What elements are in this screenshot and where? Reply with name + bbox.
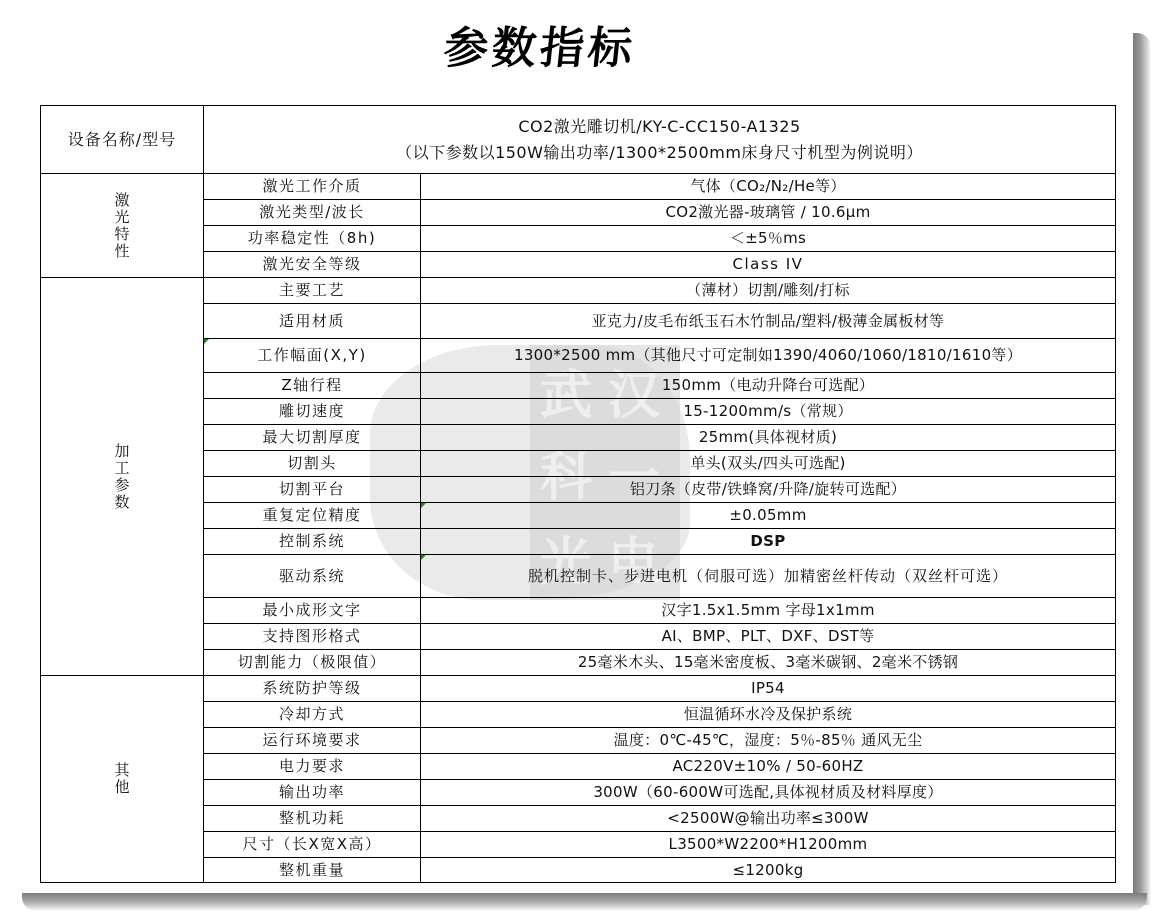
row-value: 恒温循环水冷及保护系统	[421, 702, 1116, 728]
row-value: DSP	[421, 529, 1116, 555]
row-label: 系统防护等级	[204, 676, 421, 702]
category-char: 光	[41, 209, 203, 226]
row-value: 15-1200mm/s（常规）	[421, 399, 1116, 425]
category-char: 加	[41, 443, 203, 460]
row-value: 25毫米木头、15毫米密度板、3毫米碳钢、2毫米不锈钢	[421, 650, 1116, 676]
row-label: 电力要求	[204, 754, 421, 780]
row-label: 激光类型/波长	[204, 200, 421, 226]
row-label: 整机重量	[204, 858, 421, 883]
model-note: （以下参数以150W输出功率/1300*2500mm床身尺寸机型为例说明）	[204, 140, 1115, 166]
row-value: 温度：0℃-45℃，湿度：5％-85％ 通风无尘	[421, 728, 1116, 754]
row-label: 切割头	[204, 451, 421, 477]
header-row: 设备名称/型号 CO2激光雕切机/KY-C-CC150-A1325 （以下参数以…	[41, 106, 1116, 174]
row-value: 25mm(具体视材质)	[421, 425, 1116, 451]
category-char: 他	[41, 779, 203, 796]
row-label: 切割能力（极限值）	[204, 650, 421, 676]
row-value: 亚克力/皮毛布纸玉石木竹制品/塑料/极薄金属板材等	[421, 304, 1116, 339]
row-value: ≤1200kg	[421, 858, 1116, 883]
row-label: 激光安全等级	[204, 252, 421, 278]
row-label: 激光工作介质	[204, 174, 421, 200]
row-label: 功率稳定性（8h)	[204, 226, 421, 252]
row-label: 适用材质	[204, 304, 421, 339]
row-value: ＜±5％ms	[421, 226, 1116, 252]
row-value: AI、BMP、PLT、DXF、DST等	[421, 624, 1116, 650]
row-value: IP54	[421, 676, 1116, 702]
row-value: ±0.05mm	[421, 503, 1116, 529]
page-shadow-right	[1133, 33, 1151, 905]
row-label: 重复定位精度	[204, 503, 421, 529]
model-label: 设备名称/型号	[41, 106, 204, 174]
row-label: 支持图形格式	[204, 624, 421, 650]
row-value: （薄材）切割/雕刻/打标	[421, 278, 1116, 304]
model-value: CO2激光雕切机/KY-C-CC150-A1325 （以下参数以150W输出功率…	[204, 106, 1116, 174]
table-row: 加 工 参 数 主要工艺 （薄材）切割/雕刻/打标	[41, 278, 1116, 304]
row-value: 150mm（电动升降台可选配）	[421, 373, 1116, 399]
row-label: 主要工艺	[204, 278, 421, 304]
category-char: 参	[41, 477, 203, 494]
category-char: 性	[41, 243, 203, 260]
row-label: 运行环境要求	[204, 728, 421, 754]
category-char: 特	[41, 226, 203, 243]
page-title: 参数指标	[416, 14, 663, 84]
model-name: CO2激光雕切机/KY-C-CC150-A1325	[204, 114, 1115, 140]
category-other: 其 他	[41, 676, 204, 883]
row-value: 单头(双头/四头可选配)	[421, 451, 1116, 477]
row-label: 雕切速度	[204, 399, 421, 425]
category-processing-parameters: 加 工 参 数	[41, 278, 204, 676]
category-char: 激	[41, 192, 203, 209]
category-char: 数	[41, 494, 203, 511]
row-value: <2500W@输出功率≤300W	[421, 806, 1116, 832]
category-char: 工	[41, 460, 203, 477]
row-value: 脱机控制卡、步进电机（伺服可选）加精密丝杆传动（双丝杆可选）	[421, 555, 1116, 598]
category-char: 其	[41, 762, 203, 779]
row-label: 输出功率	[204, 780, 421, 806]
row-value: 铝刀条（皮带/铁蜂窝/升降/旋转可选配）	[421, 477, 1116, 503]
document-page: 参数指标 武 汉 科 一 光 电 设备名称/型号 CO2激光雕切机/KY-C-C…	[0, 0, 1133, 897]
row-label: 最大切割厚度	[204, 425, 421, 451]
row-value: 气体（CO₂/N₂/He等）	[421, 174, 1116, 200]
spec-table: 设备名称/型号 CO2激光雕切机/KY-C-CC150-A1325 （以下参数以…	[40, 105, 1116, 883]
row-label: 整机功耗	[204, 806, 421, 832]
page-shadow-bottom	[22, 893, 1147, 911]
table-row: 其 他 系统防护等级 IP54	[41, 676, 1116, 702]
category-laser-characteristics: 激 光 特 性	[41, 174, 204, 278]
row-label: 冷却方式	[204, 702, 421, 728]
row-value: Class IV	[421, 252, 1116, 278]
row-label: 驱动系统	[204, 555, 421, 598]
row-value: 汉字1.5x1.5mm 字母1x1mm	[421, 598, 1116, 624]
row-value: 1300*2500 mm（其他尺寸可定制如1390/4060/1060/1810…	[421, 339, 1116, 373]
row-label: Z轴行程	[204, 373, 421, 399]
row-value: CO2激光器-玻璃管 / 10.6μm	[421, 200, 1116, 226]
row-value: AC220V±10% / 50-60HZ	[421, 754, 1116, 780]
row-value: 300W（60-600W可选配,具体视材质及材料厚度）	[421, 780, 1116, 806]
row-label: 工作幅面(X,Y)	[204, 339, 421, 373]
table-row: 激 光 特 性 激光工作介质 气体（CO₂/N₂/He等）	[41, 174, 1116, 200]
row-label: 控制系统	[204, 529, 421, 555]
row-label: 最小成形文字	[204, 598, 421, 624]
row-label: 切割平台	[204, 477, 421, 503]
row-label: 尺寸（长X宽X高）	[204, 832, 421, 858]
row-value: L3500*W2200*H1200mm	[421, 832, 1116, 858]
